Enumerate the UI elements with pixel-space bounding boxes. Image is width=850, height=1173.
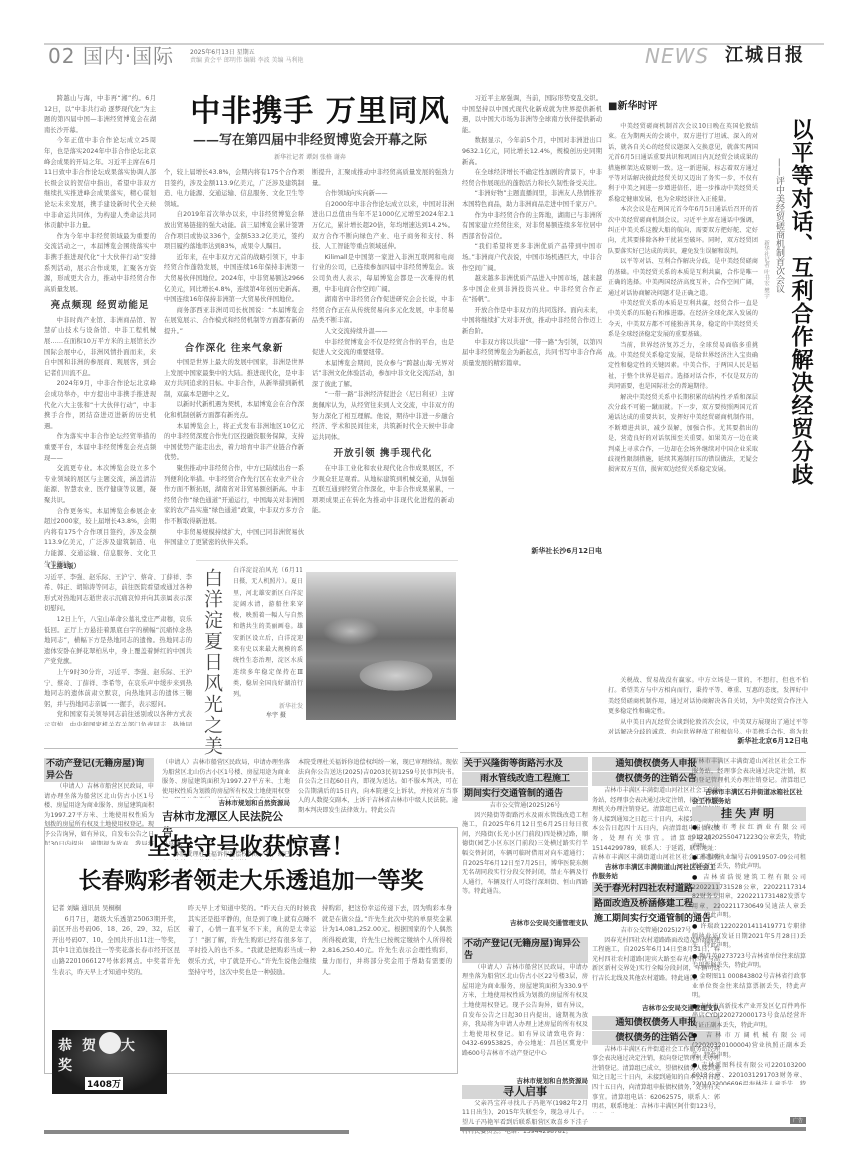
issue-date: 2025年6月13日 星期五 <box>190 49 303 57</box>
main-dateline: 新华社长沙6月12日电 <box>462 546 602 556</box>
notice-body-cont: （申请人）吉林市船营区民政局，申请办理坐落为船营区北山仿古小区1号楼、房屋用途为… <box>162 758 290 798</box>
lost-items-list: 吉林市考拉红酒业有限公司91220202550471223Q公章丢失，特此声明。… <box>692 823 806 1085</box>
paragraph: 当前，世界经济复苏乏力，全球贸易面临多重挑战。中美经贸关系稳定发展，是给世界经济… <box>608 341 758 393</box>
paragraph: “一带一路”非洲经济促进会（尼日利亚）主席奥佩库认为，从经贸往来到人文交流，中非… <box>312 390 454 443</box>
lost-item: 吉林市万阔机械有限公司(22020320100004)营业执照正副本丢失，特此声… <box>692 1031 806 1060</box>
notice-signature: 吉林市规划和自然资源局 <box>162 798 290 807</box>
paragraph: Kilimall是中国第一家进入非洲互联网和电商行业的公司，已连续参加四届中非经… <box>312 253 454 295</box>
obituary-continued: （上接1版） 习近平、李强、赵乐际、王沪宁、蔡奇、丁薛祥、李希、韩正、胡锦涛等同… <box>44 562 192 726</box>
main-subheadline: ——写在第四届中非经贸博览会开幕之际 <box>160 133 460 149</box>
lottery-column-2: 昨天早上才知道中奖的。“昨天白天的时候我其实还是挺平静的，但是到了晚上就有点睡不… <box>188 904 316 1068</box>
paragraph: 中美经贸磋商机制首次会议10日晚在英国伦敦结束。在为期两天的会谈中，双方进行了坦… <box>608 122 758 205</box>
notice-signature: 吉林市公安局交通管理支队 <box>462 918 588 927</box>
paragraph: 以新时代新机遇为契机，本届博览会在合作深化和机制创新方面都有新亮点。 <box>164 400 304 421</box>
paper-logo: 江城日报 <box>725 44 805 68</box>
notice-body: 父亲冯宝祥寻找儿子冯艳军(1982年2月11日出生)，2015年失联至今，现急寻… <box>462 1099 588 1147</box>
paragraph: “非洲好物”主题直播间里，非洲友人热情推荐本国特色商品，助力非洲商品走进中国千家… <box>462 189 602 210</box>
lost-item: 吉林派图科技有限公司220103200​6013公章、2201031291703… <box>692 1061 806 1085</box>
paragraph: 以平等对话、互利合作解决分歧，是中美经贸磋商的基础。中美经贸关系的本质是互利共赢… <box>608 257 758 299</box>
commentary-byline: 新华社记者 叶书宏 樊宇 <box>762 240 770 299</box>
paragraph: 人文交流持续升温—— <box>312 327 454 338</box>
paragraph: 今年正值中非合作论坛成立25周年，也是落实2024年中非合作论坛北京峰会成果的开… <box>44 136 156 231</box>
lottery-column-1: 记者 刘嫱 通讯员 吴桐桐 6月7日，超级大乐透第25063期开奖，前区开出号码… <box>52 904 180 1024</box>
paragraph: 中非贸易规模持续扩大，中国已同非洲贸易伙伴国建立了更紧密的伙伴关系。 <box>164 528 304 549</box>
prize-banner-text: 恭贺 大奖 <box>58 1035 167 1075</box>
lost-items-column: 吉林市丰满区丰满街道山河社区社会工作服务站，经理事会表决通过决定注销，拟向登记管… <box>692 757 806 1085</box>
section-divider <box>460 752 806 753</box>
lost-notice-title: 挂失声明 <box>692 807 806 821</box>
paragraph: 在全球经济增长不确定性加剧的背景下，中非经贸合作展现出的蓬勃活力和长久韧性备受关… <box>462 168 602 189</box>
paragraph: 近年来，在中非双方元首的战略引领下，中非经贸合作蓬勃发展，中国连续16年保持非洲… <box>164 253 304 306</box>
main-headline: 中非携手 万里同风 <box>185 94 455 130</box>
baiyangdian-aerial-photo <box>306 572 456 720</box>
main-article-column-1: 跨越山与海，中非再“湘”约。6月12日，以“中非共行动 逐梦现代化”为主题的第四… <box>44 94 156 632</box>
section-subhead: 亮点频现 经贸动能足 <box>44 301 156 312</box>
paragraph: 解决中美经贸关系中长期积累的结构性矛盾和深层次分歧不可能一蹴而就。下一步，双方要… <box>608 393 758 476</box>
notice-signature: 吉林市规划和自然资源局 <box>462 1076 588 1085</box>
paragraph: 中非经贸博览会不仅是经贸合作的平台，也是促进人文交流的重要纽带。 <box>312 338 454 359</box>
paragraph: 商务部西亚非洲司司长杭国说：“本届博览会在展览展示、合作模式和经贸机制等方面都有… <box>164 306 304 338</box>
paragraph: 断提升，汇聚成推动中非经贸高质量发展的强劲力量。 <box>312 168 454 189</box>
lost-item: 陶月英0273723号吉林省单位往来结算专用票据丢失，特此声明。 <box>692 952 806 971</box>
notice-traffic-1: 关于兴隆街等街路污水及 雨水管线改造工程施工 期间实行交通管制的通告 吉市公交管… <box>462 757 588 1147</box>
main-byline: 新华社记者 谭剑 张格 谢奔 <box>160 152 460 161</box>
paragraph: 合作领域向实向新—— <box>312 189 454 200</box>
paragraph: 跨越山与海，中非再“湘”约。6月12日，以“中非共行动 逐梦现代化”为主题的第四… <box>44 94 156 136</box>
paragraph: 自2000年中非合作论坛成立以来，中国对非洲进出口总值由当年不足1000亿元增至… <box>312 200 454 253</box>
news-label: NEWS <box>645 44 709 68</box>
notice-title: 雨水管线改造工程施工 <box>462 772 588 786</box>
paragraph: 本次会议是在两国元首今年6月5日通话后召开的首次中美经贸磋商机制会议。习近平主席… <box>608 205 758 257</box>
lottery-column-3: 持购彩，把这份幸运传递下去，因为购彩本身就是在做公益。”许先生此次中奖的单票奖金… <box>322 904 452 1068</box>
main-article-column-2: 个，较上届增长43.8%，会期内将有175个合作项目签约，涉及金额113.9亿美… <box>164 168 304 558</box>
paragraph: 从中美日内瓦经贸会谈到伦敦首次会议，中美双方展现出了通过平等对话解决分歧的诚意，… <box>608 718 808 734</box>
lost-item: 金呀图11 000843802号吉林省行政事业单位资金往来结算票据丢失，特此声明… <box>692 972 806 1001</box>
main-article-column-4: 习近平主席强调，当前，国际形势变乱交织。中国坚持以中国式现代化新成就为世界提供新… <box>462 94 602 526</box>
lost-item: 许瑞政12202201411419771专职律师执业证(发证日期2021年5月2… <box>692 922 806 951</box>
lost-item: 吉林市高新技术产业开发区亿百件鸡作串店CYDJ22027200017​3号食品经… <box>692 1002 806 1031</box>
paragraph: 12日上午，八宝山革命公墓礼堂庄严肃穆，哀乐低回。正厅上方悬挂着黑底白字的横幅“… <box>44 615 192 668</box>
paragraph: 湖南省中非经贸合作促进研究会会长说，中非经贸合作正在从传统贸易向多元化发展，中非… <box>312 295 454 327</box>
notice-title: 不动产登记(无籍房屋)询异公告 <box>462 937 588 963</box>
prize-amount: 1408万 <box>85 1077 123 1090</box>
lost-item: 吉林省浩锐建筑工程有限公司22022117315​28公章，2202211731… <box>692 873 806 921</box>
paragraph: 习近平、李强、赵乐际、王沪宁、蔡奇、丁薛祥、李希、韩正、胡锦涛等同志，前往医院看… <box>44 573 192 615</box>
paragraph: 2024年9月，中非合作论坛北京峰会成功举办，中方提出中非携手推进现代化六大主张… <box>44 379 156 432</box>
section-subhead: 合作深化 往来气象新 <box>164 344 304 355</box>
paragraph: 上午9时30分许，习近平、李强、赵乐际、王沪宁、蔡奇、丁薛祥、李希等，在哀乐声中… <box>44 668 192 710</box>
commentary-body-bottom: 关税战、贸易战没有赢家。中方立场是一贯的，不想打，但也不怕打。希望美方与中方相向… <box>608 676 808 734</box>
lost-item: 吉林市考拉红酒业有限公司91220202550471223Q公章丢失，特此声明。 <box>692 823 806 852</box>
notice-number: 吉市公交管通(2025)26号 <box>462 801 588 811</box>
continued-label: （上接1版） <box>44 562 192 573</box>
paragraph: 中非时尚产业馆、非洲商品馆、智慧矿山技术与设备馆、中非工程机械展……在面积10万… <box>44 316 156 380</box>
lost-item: 孙忠刚执业编号吉0919507-09公司租赁许可证丢失，特此声明。 <box>692 853 806 872</box>
commentary-headline: 以平等对话、互利合作解决经贸分歧 <box>788 118 814 486</box>
paragraph: 合作更务实。本届博览会参展企业超过2000家，较上届增长43.8%，会期内将有1… <box>44 507 156 571</box>
lottery-byline: 记者 刘嫱 通讯员 吴桐桐 <box>52 904 180 915</box>
editors-line: 责编 黄会平 郎明伟 编辑 李波 美编 马利艳 <box>190 57 303 65</box>
ad-label: 广告 <box>790 1117 806 1124</box>
paragraph: 越来越多非洲优质产品进入中国市场，越来越多中国企业到非洲投资兴业。中非经贸合作正… <box>462 274 602 306</box>
paragraph: 党和国家有关领导同志前往送别或以各种方式表示哀悼。中央和国家机关有关部门负责同志… <box>44 710 192 726</box>
commentary-subheadline: ——评中美经贸磋商机制首次会议 <box>773 158 784 293</box>
bottom-rule-ads <box>460 1127 806 1131</box>
paragraph: 交流更专业。本次博览会设立多个专业领域的展区与主题交流，涵盖清洁能源、智慧农业、… <box>44 464 156 506</box>
notice-title: 寻人启事 <box>462 1085 588 1099</box>
notice-body-cont: 吉林市丰满区丰满街道山河社区社会工作服务站，经理事会表决通过决定注销，拟向登记管… <box>692 757 806 787</box>
photo-vertical-title: 白洋淀夏日风光之美 <box>200 568 224 757</box>
lottery-headline-1: 坚持守号收获惊喜！ <box>44 832 458 862</box>
paragraph: “我们希望将更多非洲优质产品带到中国市场。”非洲商户代表说，中国市场机遇巨大，中… <box>462 242 602 274</box>
paragraph: 自2019年首次举办以来，中非经贸博览会释放出贸易链接的强大动能。前三届博览会累… <box>164 210 304 252</box>
main-article-column-3: 断提升，汇聚成推动中非经贸高质量发展的强劲力量。 合作领域向实向新—— 自200… <box>312 168 454 558</box>
paragraph: 作为中非经贸合作的主阵地，湖南已与非洲所有国家建立经贸往来，对非贸易额连续多年位… <box>462 211 602 243</box>
photo-caption: 白洋淀淀泊风光（6月11日摄，无人机照片）。夏日里，河北雄安新区白洋淀淀阔水清，… <box>233 565 303 712</box>
notice-body: 因兴隆街等街路污水及雨水管线改造工程施工，自2025年6月12日至6月25日每日… <box>462 811 588 918</box>
paragraph: 中美经贸关系的本质是互利共赢，经贸合作一直是中美关系的压舱石和推进器。在经济全球… <box>608 299 758 341</box>
photographer-credit: 牟宇 摄 <box>266 710 286 719</box>
paragraph: 开放合作是中非双方的共同选择。面向未来，中国将继续扩大对非开放，推动中非经贸合作… <box>462 306 602 338</box>
paragraph: 作为今年中非经贸领域最为重要的交流活动之一，本届博览会围绕落实中非携手推进现代化… <box>44 232 156 296</box>
lottery-headline-2: 长春购彩者领走大乐透追加一等奖 <box>44 866 458 896</box>
paragraph: 关税战、贸易战没有赢家。中方立场是一贯的，不想打，但也不怕打。希望美方与中方相向… <box>608 676 808 718</box>
paragraph: 本届博览会期间，民众参与“跨越山海·无界对话”非洲文化体验活动，参加中非文化交流… <box>312 359 454 391</box>
page-section: 02 国内·国际 <box>48 44 174 68</box>
paragraph: 聚焦推动中非经贸合作，中方已陆续出台一系列便利化举措。中非经贸合作先行区在农业产… <box>164 464 304 528</box>
page-number: 02 <box>48 44 75 68</box>
commentary-body-top: 中美经贸磋商机制首次会议10日晚在英国伦敦结束。在为期两天的会谈中，双方进行了坦… <box>608 122 758 674</box>
notice-title: 期间实行交通管制的通告 <box>462 787 588 801</box>
notice-signature: 吉林市丰满区石井街道冰箱社区社会工作服务站 <box>692 787 806 805</box>
paragraph: 本届博览会上，将正式发布非洲地区10亿元的中非经贸深度合作先行区投融资服务保障，… <box>164 422 304 464</box>
notice-title: 不动产登记(无籍房屋)询异公告 <box>44 758 154 782</box>
paragraph: 数据显示，今年前5个月，中国对非洲进出口9632.1亿元，同比增长12.4%，规… <box>462 136 602 168</box>
commentary-tag: ■新华时评 <box>608 97 657 112</box>
paragraph: 习近平主席强调，当前，国际形势变乱交织。中国坚持以中国式现代化新成就为世界提供新… <box>462 94 602 136</box>
notice-court-cont: 本院受理杜关福诉你追偿权纠纷一案，现已审理终结。现依法向你公告送达(2025)吉… <box>298 758 458 820</box>
paragraph: 中国是世界上最大的发展中国家，非洲是世界上发展中国家最集中的大陆。推进现代化，是… <box>164 358 304 400</box>
section-name: 国内·国际 <box>83 44 174 68</box>
paragraph: 中非双方将以共建“一带一路”为引领，以第四届中非经贸博览会为新起点，共同书写中非… <box>462 338 602 370</box>
paragraph: 在中非工业化和农业现代化合作成果展区，不少观众驻足观看。从地标建筑到机械交通，从… <box>312 464 454 517</box>
lottery-prize-photo: 恭贺 大奖 1408万 <box>52 1030 167 1094</box>
section-divider <box>44 748 458 749</box>
header-meta: 2025年6月13日 星期五 责编 黄会平 郎明伟 编辑 李波 美编 马利艳 <box>190 49 303 65</box>
notice-body: （申请人）吉林市船营区民政局，申请办理坐落为船营区北山仿古小区22号楼3层，房屋… <box>462 963 588 1076</box>
paragraph: 个，较上届增长43.8%，会期内将有175个合作项目签约，涉及金额113.9亿美… <box>164 168 304 210</box>
section-subhead: 开放引领 携手现代化 <box>312 449 454 460</box>
bottom-rule <box>44 1130 349 1134</box>
paragraph: 作为落实中非合作论坛经贸举措的重要平台，本届中非经贸博览会亮点频现—— <box>44 432 156 464</box>
commentary-dateline: 新华社北京6月12日电 <box>608 736 808 746</box>
notice-title: 关于兴隆街等街路污水及 <box>462 757 588 771</box>
